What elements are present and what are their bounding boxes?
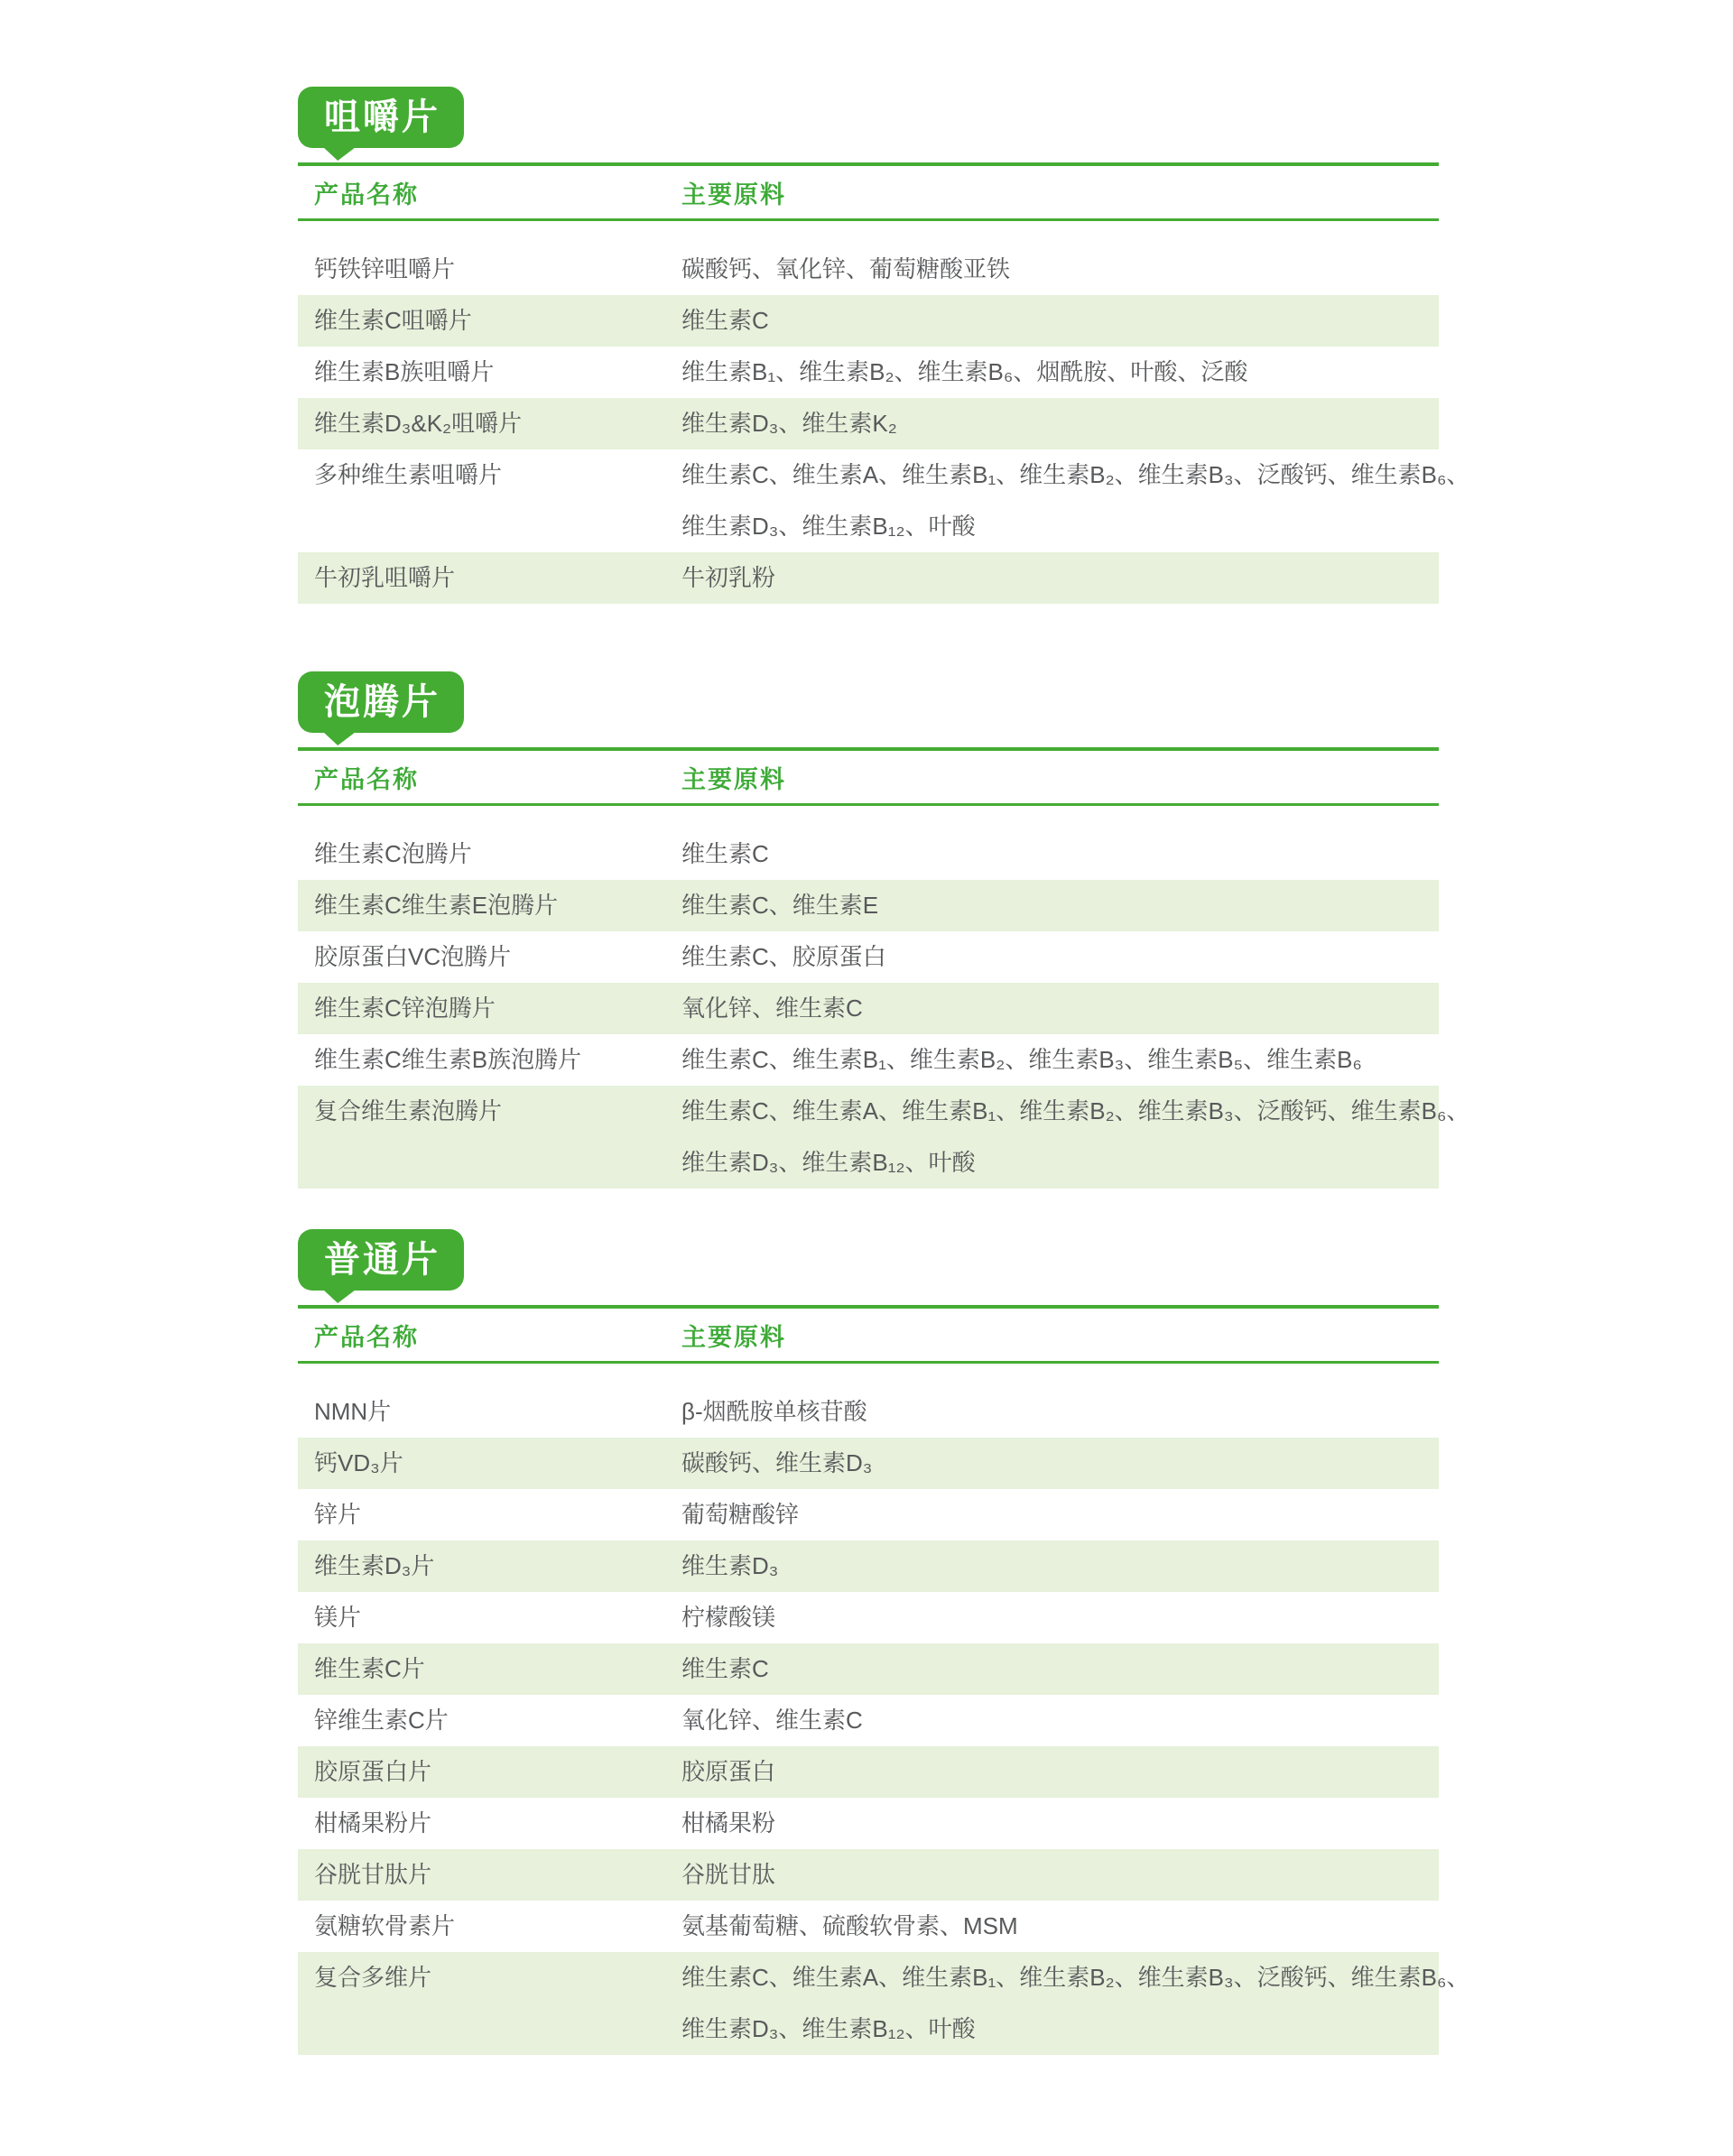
ingredients-text: 碳酸钙、维生素D₃ xyxy=(681,1438,1439,1489)
table-row: 复合多维片 维生素C、维生素A、维生素B₁、维生素B₂、维生素B₃、泛酸钙、维生… xyxy=(298,1952,1439,2055)
ingredients-cell: 维生素C xyxy=(681,295,1439,347)
table-row: 氨糖软骨素片 氨基葡萄糖、硫酸软骨素、MSM xyxy=(298,1901,1439,1952)
ingredients-text: 维生素C xyxy=(681,1643,1439,1695)
ingredients-cell: 维生素C、维生素A、维生素B₁、维生素B₂、维生素B₃、泛酸钙、维生素B₆、维生… xyxy=(681,449,1439,552)
table-row: 柑橘果粉片 柑橘果粉 xyxy=(298,1798,1439,1849)
divider-thin xyxy=(298,803,1439,806)
column-header-product: 产品名称 xyxy=(314,1318,681,1353)
column-header-ingredients: 主要原料 xyxy=(681,760,1439,795)
ingredients-cell: 氨基葡萄糖、硫酸软骨素、MSM xyxy=(681,1901,1439,1952)
ingredients-text: 碳酸钙、氧化锌、葡萄糖酸亚铁 xyxy=(681,244,1439,295)
ingredients-text: 维生素C、维生素B₁、维生素B₂、维生素B₃、维生素B₅、维生素B₆ xyxy=(681,1034,1439,1086)
table-row: 维生素C维生素E泡腾片 维生素C、维生素E xyxy=(298,880,1439,931)
ingredients-text: 氧化锌、维生素C xyxy=(681,1695,1439,1746)
product-name: 维生素C锌泡腾片 xyxy=(314,983,681,1034)
ingredients-cell: 维生素C、维生素A、维生素B₁、维生素B₂、维生素B₃、泛酸钙、维生素B₆、维生… xyxy=(681,1952,1439,2055)
section-badge-row: 泡腾片 xyxy=(298,671,1439,747)
ingredients-text: 氨基葡萄糖、硫酸软骨素、MSM xyxy=(681,1901,1439,1952)
table-row: 钙VD₃片 碳酸钙、维生素D₃ xyxy=(298,1438,1439,1489)
ingredients-cell: 柑橘果粉 xyxy=(681,1798,1439,1849)
product-name: 维生素C泡腾片 xyxy=(314,828,681,880)
ingredients-text-line2: 维生素D₃、维生素B₁₂、叶酸 xyxy=(681,1137,1439,1189)
ingredients-cell: 谷胱甘肽 xyxy=(681,1849,1439,1901)
section-badge: 普通片 xyxy=(298,1229,464,1291)
table-row: 维生素D₃&K₂咀嚼片 维生素D₃、维生素K₂ xyxy=(298,398,1439,449)
section-badge: 咀嚼片 xyxy=(298,87,464,148)
column-header-ingredients: 主要原料 xyxy=(681,1318,1439,1353)
table-row: 多种维生素咀嚼片 维生素C、维生素A、维生素B₁、维生素B₂、维生素B₃、泛酸钙… xyxy=(298,449,1439,552)
ingredients-cell: 维生素C、维生素B₁、维生素B₂、维生素B₃、维生素B₅、维生素B₆ xyxy=(681,1034,1439,1086)
ingredients-text: 维生素D₃、维生素K₂ xyxy=(681,398,1439,449)
ingredients-cell: 胶原蛋白 xyxy=(681,1746,1439,1798)
product-name: 维生素C片 xyxy=(314,1643,681,1695)
section-badge: 泡腾片 xyxy=(298,671,464,733)
product-name: 钙铁锌咀嚼片 xyxy=(314,244,681,295)
table-row: 锌维生素C片 氧化锌、维生素C xyxy=(298,1695,1439,1746)
product-name: 柑橘果粉片 xyxy=(314,1798,681,1849)
ingredients-cell: 维生素C xyxy=(681,828,1439,880)
table-row: 维生素C维生素B族泡腾片 维生素C、维生素B₁、维生素B₂、维生素B₃、维生素B… xyxy=(298,1034,1439,1086)
product-name: 锌片 xyxy=(314,1489,681,1541)
ingredients-cell: 氧化锌、维生素C xyxy=(681,1695,1439,1746)
product-name: 牛初乳咀嚼片 xyxy=(314,552,681,604)
ingredients-text: 谷胱甘肽 xyxy=(681,1849,1439,1901)
divider-thin xyxy=(298,218,1439,221)
ingredients-cell: 维生素B₁、维生素B₂、维生素B₆、烟酰胺、叶酸、泛酸 xyxy=(681,347,1439,398)
ingredients-text: 维生素D₃ xyxy=(681,1541,1439,1592)
table-header: 产品名称 主要原料 xyxy=(298,751,1439,803)
product-name: 氨糖软骨素片 xyxy=(314,1901,681,1952)
column-header-product: 产品名称 xyxy=(314,175,681,210)
table-body: NMN片 β-烟酰胺单核苷酸 钙VD₃片 碳酸钙、维生素D₃ 锌片 葡萄糖酸锌 … xyxy=(298,1386,1439,2055)
product-name: 钙VD₃片 xyxy=(314,1438,681,1489)
product-name: 维生素D₃&K₂咀嚼片 xyxy=(314,398,681,449)
ingredients-text-line2: 维生素D₃、维生素B₁₂、叶酸 xyxy=(681,2003,1439,2055)
ingredients-text: 胶原蛋白 xyxy=(681,1746,1439,1798)
ingredients-cell: β-烟酰胺单核苷酸 xyxy=(681,1386,1439,1438)
table-row: 谷胱甘肽片 谷胱甘肽 xyxy=(298,1849,1439,1901)
product-name: 胶原蛋白VC泡腾片 xyxy=(314,931,681,983)
table-body: 维生素C泡腾片 维生素C 维生素C维生素E泡腾片 维生素C、维生素E 胶原蛋白V… xyxy=(298,828,1439,1189)
table-row: 牛初乳咀嚼片 牛初乳粉 xyxy=(298,552,1439,604)
ingredients-text: β-烟酰胺单核苷酸 xyxy=(681,1386,1439,1438)
product-name: 维生素C维生素B族泡腾片 xyxy=(314,1034,681,1086)
table-row: 胶原蛋白片 胶原蛋白 xyxy=(298,1746,1439,1798)
ingredients-cell: 葡萄糖酸锌 xyxy=(681,1489,1439,1541)
table-row: 维生素D₃片 维生素D₃ xyxy=(298,1541,1439,1592)
section-effervescent-tablets: 泡腾片 产品名称 主要原料 维生素C泡腾片 维生素C 维生素C维生素E泡腾片 维… xyxy=(298,671,1439,1189)
table-row: 钙铁锌咀嚼片 碳酸钙、氧化锌、葡萄糖酸亚铁 xyxy=(298,244,1439,295)
ingredients-cell: 柠檬酸镁 xyxy=(681,1592,1439,1643)
ingredients-cell: 牛初乳粉 xyxy=(681,552,1439,604)
ingredients-cell: 维生素C、维生素A、维生素B₁、维生素B₂、维生素B₃、泛酸钙、维生素B₆、维生… xyxy=(681,1086,1439,1189)
column-header-ingredients: 主要原料 xyxy=(681,175,1439,210)
product-name: 多种维生素咀嚼片 xyxy=(314,449,681,501)
ingredients-text: 维生素C、胶原蛋白 xyxy=(681,931,1439,983)
table-header: 产品名称 主要原料 xyxy=(298,166,1439,218)
table-row: 锌片 葡萄糖酸锌 xyxy=(298,1489,1439,1541)
ingredients-text: 维生素C、维生素E xyxy=(681,880,1439,931)
table-row: NMN片 β-烟酰胺单核苷酸 xyxy=(298,1386,1439,1438)
ingredients-text: 柠檬酸镁 xyxy=(681,1592,1439,1643)
section-badge-row: 普通片 xyxy=(298,1229,1439,1305)
ingredients-cell: 碳酸钙、维生素D₃ xyxy=(681,1438,1439,1489)
section-regular-tablets: 普通片 产品名称 主要原料 NMN片 β-烟酰胺单核苷酸 钙VD₃片 碳酸钙、维… xyxy=(298,1229,1439,2055)
table-row: 维生素C片 维生素C xyxy=(298,1643,1439,1695)
ingredients-cell: 维生素C、胶原蛋白 xyxy=(681,931,1439,983)
ingredients-text: 维生素C、维生素A、维生素B₁、维生素B₂、维生素B₃、泛酸钙、维生素B₆、 xyxy=(681,449,1439,501)
ingredients-text: 维生素C xyxy=(681,295,1439,347)
ingredients-text: 维生素B₁、维生素B₂、维生素B₆、烟酰胺、叶酸、泛酸 xyxy=(681,347,1439,398)
section-chewable-tablets: 咀嚼片 产品名称 主要原料 钙铁锌咀嚼片 碳酸钙、氧化锌、葡萄糖酸亚铁 维生素C… xyxy=(298,87,1439,604)
catalog-content: 咀嚼片 产品名称 主要原料 钙铁锌咀嚼片 碳酸钙、氧化锌、葡萄糖酸亚铁 维生素C… xyxy=(298,0,1439,2055)
product-name: NMN片 xyxy=(314,1386,681,1438)
ingredients-text: 维生素C、维生素A、维生素B₁、维生素B₂、维生素B₃、泛酸钙、维生素B₆、 xyxy=(681,1952,1439,2003)
product-name: 维生素B族咀嚼片 xyxy=(314,347,681,398)
ingredients-text: 牛初乳粉 xyxy=(681,552,1439,604)
product-name: 复合多维片 xyxy=(314,1952,681,2003)
ingredients-text: 氧化锌、维生素C xyxy=(681,983,1439,1034)
table-row: 维生素B族咀嚼片 维生素B₁、维生素B₂、维生素B₆、烟酰胺、叶酸、泛酸 xyxy=(298,347,1439,398)
product-name: 维生素C咀嚼片 xyxy=(314,295,681,347)
product-name: 镁片 xyxy=(314,1592,681,1643)
table-header: 产品名称 主要原料 xyxy=(298,1309,1439,1361)
ingredients-cell: 维生素D₃ xyxy=(681,1541,1439,1592)
product-name: 维生素D₃片 xyxy=(314,1541,681,1592)
ingredients-cell: 维生素C xyxy=(681,1643,1439,1695)
divider-thin xyxy=(298,1361,1439,1364)
product-name: 复合维生素泡腾片 xyxy=(314,1086,681,1137)
table-row: 维生素C泡腾片 维生素C xyxy=(298,828,1439,880)
ingredients-text-line2: 维生素D₃、维生素B₁₂、叶酸 xyxy=(681,501,1439,552)
ingredients-text: 柑橘果粉 xyxy=(681,1798,1439,1849)
section-badge-row: 咀嚼片 xyxy=(298,87,1439,162)
product-name: 锌维生素C片 xyxy=(314,1695,681,1746)
table-row: 胶原蛋白VC泡腾片 维生素C、胶原蛋白 xyxy=(298,931,1439,983)
column-header-product: 产品名称 xyxy=(314,760,681,795)
product-name: 谷胱甘肽片 xyxy=(314,1849,681,1901)
ingredients-cell: 碳酸钙、氧化锌、葡萄糖酸亚铁 xyxy=(681,244,1439,295)
table-row: 维生素C咀嚼片 维生素C xyxy=(298,295,1439,347)
ingredients-text: 葡萄糖酸锌 xyxy=(681,1489,1439,1541)
ingredients-cell: 维生素D₃、维生素K₂ xyxy=(681,398,1439,449)
ingredients-text: 维生素C、维生素A、维生素B₁、维生素B₂、维生素B₃、泛酸钙、维生素B₆、 xyxy=(681,1086,1439,1137)
table-row: 复合维生素泡腾片 维生素C、维生素A、维生素B₁、维生素B₂、维生素B₃、泛酸钙… xyxy=(298,1086,1439,1189)
table-row: 镁片 柠檬酸镁 xyxy=(298,1592,1439,1643)
catalog-page: 咀嚼片 产品名称 主要原料 钙铁锌咀嚼片 碳酸钙、氧化锌、葡萄糖酸亚铁 维生素C… xyxy=(0,0,1733,2156)
ingredients-cell: 氧化锌、维生素C xyxy=(681,983,1439,1034)
product-name: 胶原蛋白片 xyxy=(314,1746,681,1798)
product-name: 维生素C维生素E泡腾片 xyxy=(314,880,681,931)
ingredients-text: 维生素C xyxy=(681,828,1439,880)
table-body: 钙铁锌咀嚼片 碳酸钙、氧化锌、葡萄糖酸亚铁 维生素C咀嚼片 维生素C 维生素B族… xyxy=(298,244,1439,604)
ingredients-cell: 维生素C、维生素E xyxy=(681,880,1439,931)
table-row: 维生素C锌泡腾片 氧化锌、维生素C xyxy=(298,983,1439,1034)
